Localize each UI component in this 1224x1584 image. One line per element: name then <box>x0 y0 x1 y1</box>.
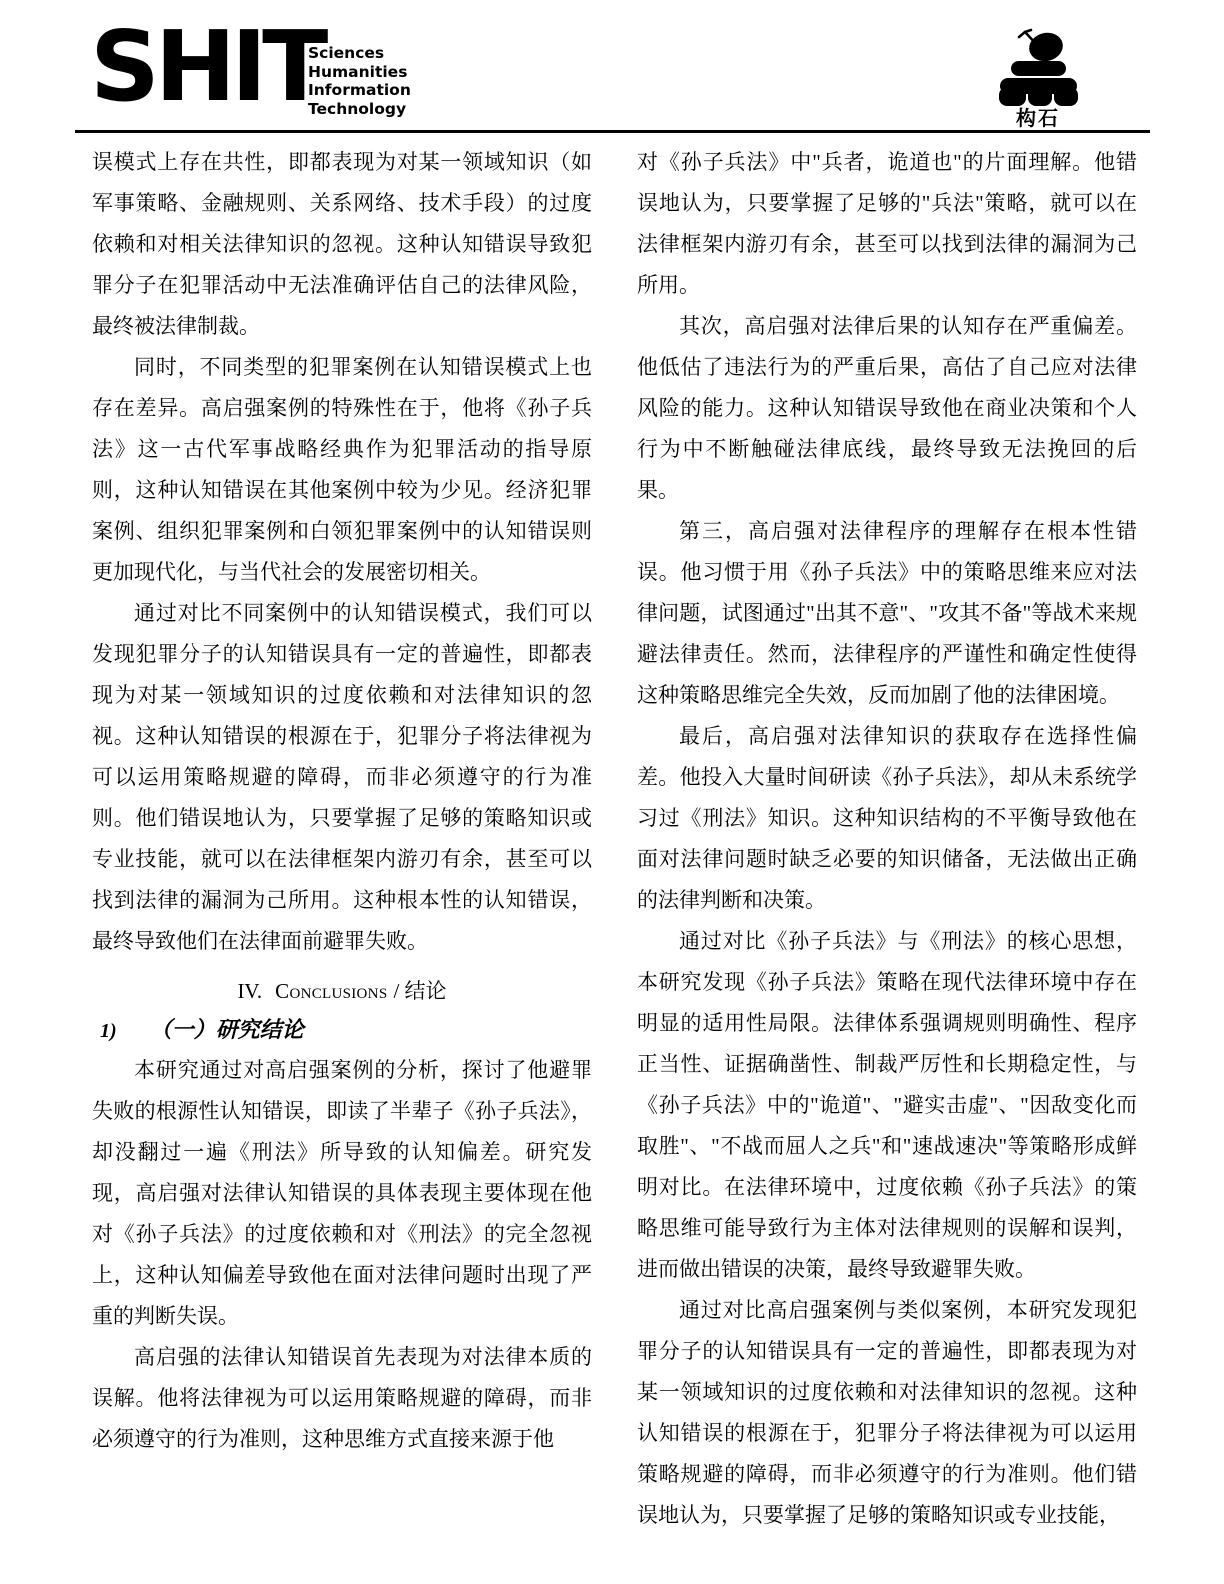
subsection-number: 1) <box>100 1020 117 1042</box>
paragraph: 其次，高启强对法律后果的认知存在严重偏差。他低估了违法行为的严重后果，高估了自己… <box>637 306 1137 511</box>
brand-tagline: Sciences Humanities Information Technolo… <box>308 44 411 118</box>
section-title-cn: / 结论 <box>393 979 446 1003</box>
paragraph: 通过对比高启强案例与类似案例，本研究发现犯罪分子的认知错误具有一定的普遍性，即都… <box>637 1290 1137 1536</box>
tagline-line: Humanities <box>308 63 411 82</box>
paragraph: 通过对比不同案例中的认知错误模式，我们可以发现犯罪分子的认知错误具有一定的普遍性… <box>92 593 592 962</box>
tagline-line: Information <box>308 81 411 100</box>
stone-pile-icon <box>988 26 1088 106</box>
paragraph: 高启强的法律认知错误首先表现为对法律本质的误解。他将法律视为可以运用策略规避的障… <box>92 1337 592 1460</box>
tagline-line: Technology <box>308 100 411 119</box>
paragraph: 误模式上存在共性，即都表现为对某一领域知识（如军事策略、金融规则、关系网络、技术… <box>92 142 592 347</box>
tagline-line: Sciences <box>308 44 411 63</box>
org-logo: 构石 <box>985 26 1091 129</box>
paragraph: 最后，高启强对法律知识的获取存在选择性偏差。他投入大量时间研读《孙子兵法》，却从… <box>637 716 1137 921</box>
org-logo-label: 构石 <box>985 107 1091 129</box>
paragraph: 本研究通过对高启强案例的分析，探讨了他避罪失败的根源性认知错误，即读了半辈子《孙… <box>92 1050 592 1337</box>
paragraph: 对《孙子兵法》中"兵者，诡道也"的片面理解。他错误地认为，只要掌握了足够的"兵法… <box>637 142 1137 306</box>
right-column: 对《孙子兵法》中"兵者，诡道也"的片面理解。他错误地认为，只要掌握了足够的"兵法… <box>637 142 1137 1536</box>
left-column: 误模式上存在共性，即都表现为对某一领域知识（如军事策略、金融规则、关系网络、技术… <box>92 142 592 1536</box>
brand-logo: SHIT <box>90 18 323 115</box>
subsection-heading: 1)（一）研究结论 <box>100 1011 592 1050</box>
section-title: Conclusions <box>275 979 387 1003</box>
paragraph: 同时，不同类型的犯罪案例在认知错误模式上也存在差异。高启强案例的特殊性在于，他将… <box>92 347 592 593</box>
subsection-title: （一）研究结论 <box>150 1017 304 1042</box>
paper-page: SHIT Sciences Humanities Information Tec… <box>0 0 1224 1584</box>
header-divider <box>75 130 1150 133</box>
paragraph: 通过对比《孙子兵法》与《刑法》的核心思想，本研究发现《孙子兵法》策略在现代法律环… <box>637 921 1137 1290</box>
section-heading: IV.Conclusions/ 结论 <box>92 971 592 1011</box>
section-number: IV. <box>237 979 262 1003</box>
paragraph: 第三，高启强对法律程序的理解存在根本性错误。他习惯于用《孙子兵法》中的策略思维来… <box>637 511 1137 716</box>
article-body: 误模式上存在共性，即都表现为对某一领域知识（如军事策略、金融规则、关系网络、技术… <box>92 142 1137 1536</box>
